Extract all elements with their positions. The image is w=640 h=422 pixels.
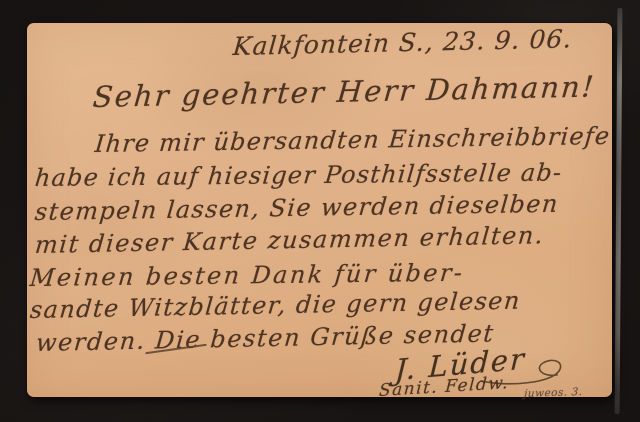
body-line-5: Meinen besten Dank für über- xyxy=(29,259,466,292)
body-line-6: sandte Witzblätter, die gern gelesen xyxy=(29,287,522,324)
salutation-line: Sehr geehrter Herr Dahmann! xyxy=(92,69,597,114)
body-line-2: habe ich auf hiesiger Posthilfsstelle ab… xyxy=(34,158,564,192)
dateline: Kalkfontein S., 23. 9. 06. xyxy=(232,24,574,61)
postcard: Kalkfontein S., 23. 9. 06. Sehr geehrter… xyxy=(27,23,612,397)
photo-background: Kalkfontein S., 23. 9. 06. Sehr geehrter… xyxy=(0,0,640,422)
sleeve-edge-highlight xyxy=(615,8,623,414)
body-line-1: Ihre mir übersandten Einschreibbriefe xyxy=(94,122,612,158)
body-line-4: mit dieser Karte zusammen erhalten. xyxy=(34,221,546,259)
body-line-3: stempeln lassen, Sie werden dieselben xyxy=(34,190,560,226)
collector-note: juweos. 3. xyxy=(524,386,583,400)
